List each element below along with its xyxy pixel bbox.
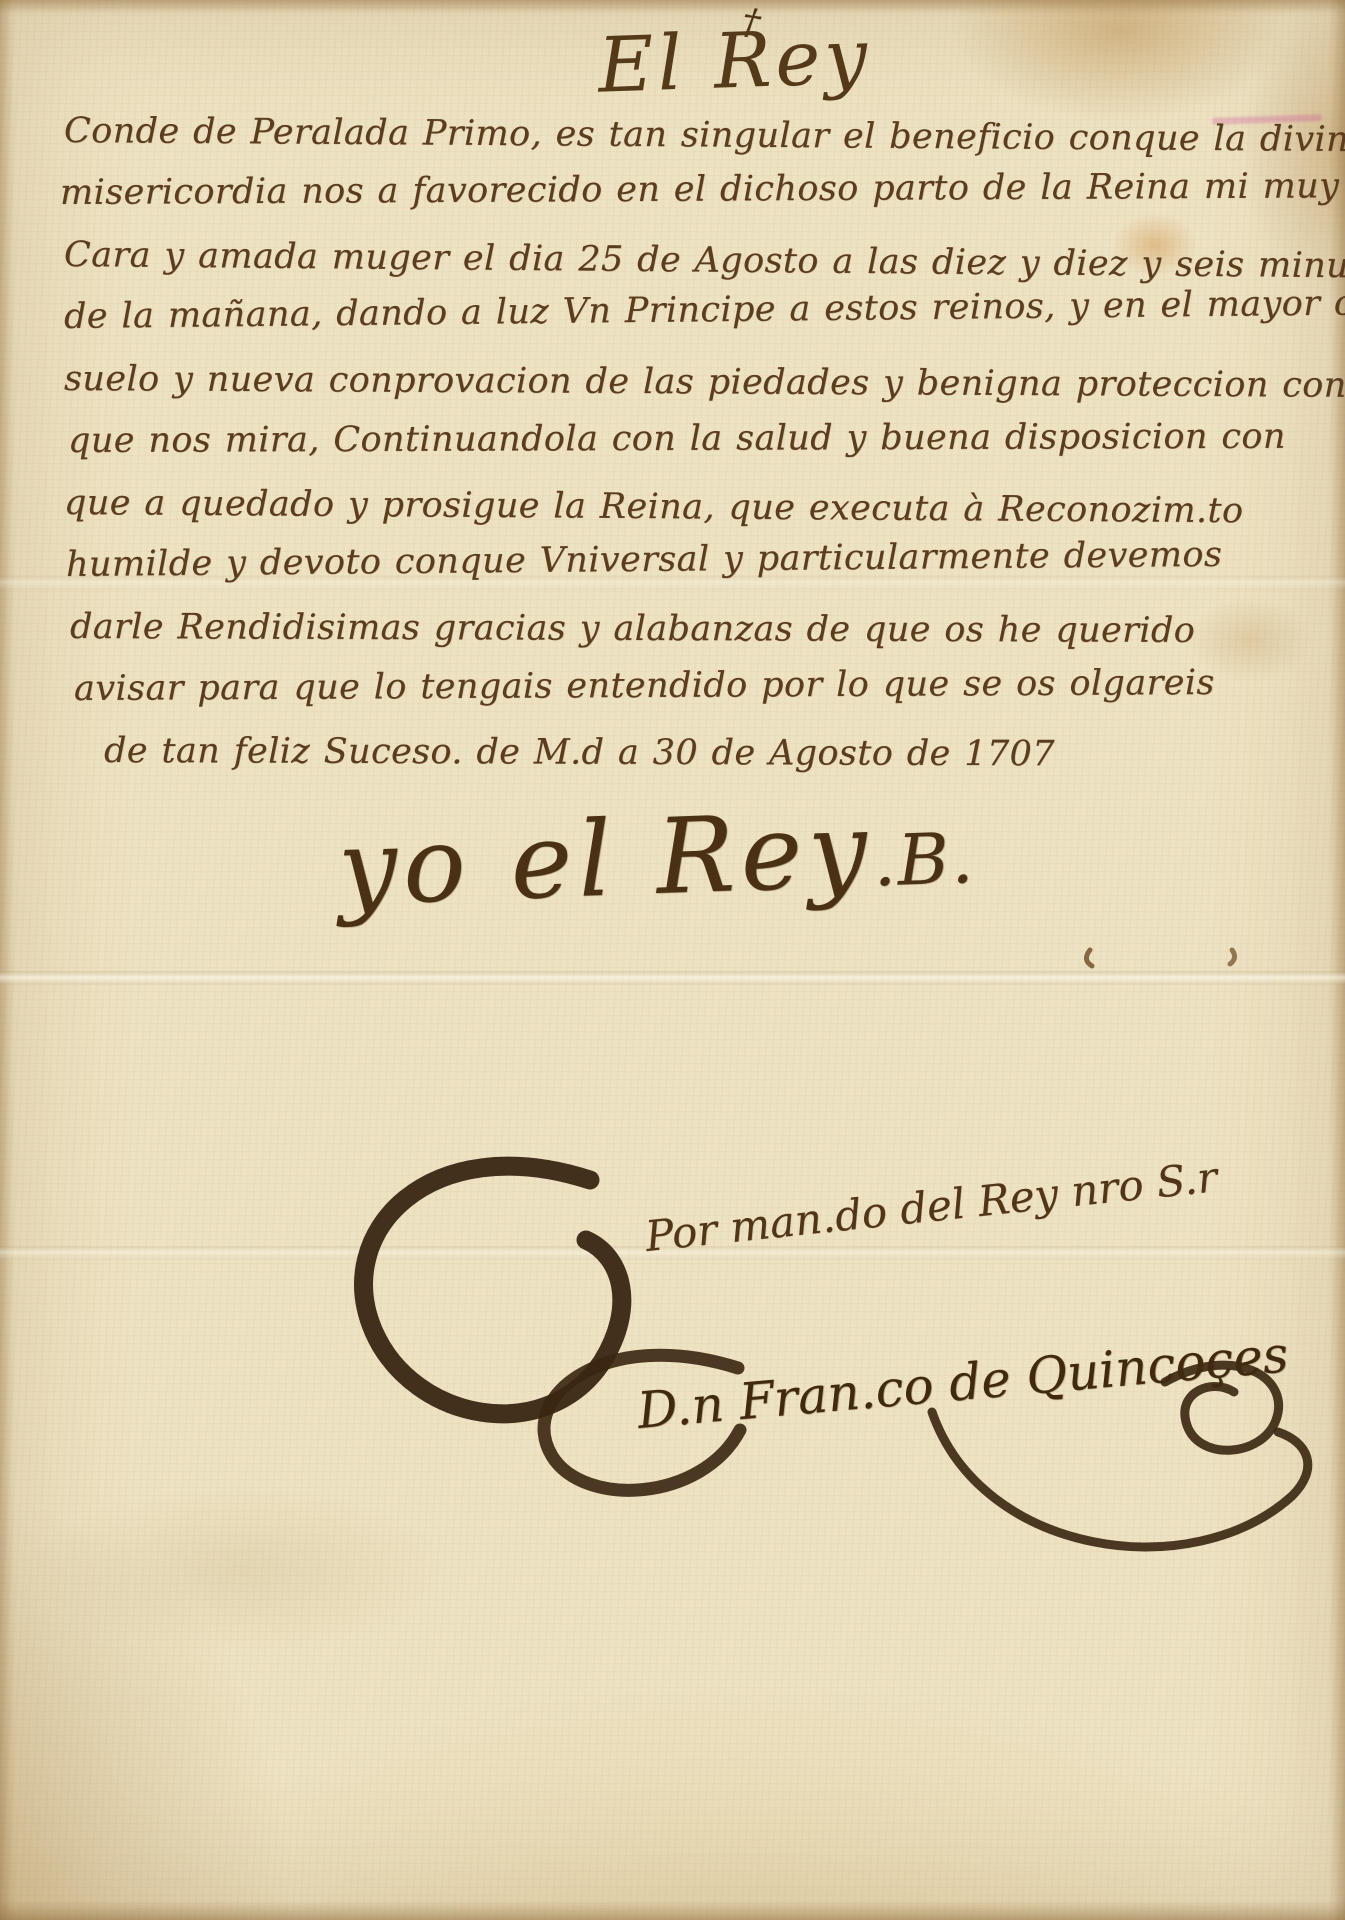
ink-speck: [1230, 950, 1235, 964]
secretary-signature: D.n Fran.co de Quincoçes: [635, 1325, 1291, 1440]
royal-signature-rubric: .B.: [872, 817, 977, 903]
royal-signature-text: yo el Rey: [336, 788, 875, 929]
document-heading: El Rey: [597, 11, 873, 109]
rubric-underline: [932, 1412, 1308, 1547]
body-line: humilde y devoto conque Vniversal y part…: [66, 523, 1326, 596]
paraph-flourish: [364, 1166, 622, 1414]
body-line: misericordia nos a favorecido en el dich…: [60, 155, 1326, 224]
body-line: de tan feliz Suceso. de M.d a 30 de Agos…: [104, 720, 1326, 786]
royal-signature: yo el Rey.B.: [336, 785, 977, 929]
fold-crease: [0, 971, 1345, 985]
body-line: de la mañana, dando a luz Vn Principe a …: [64, 273, 1327, 348]
body-line: avisar para que lo tengais entendido por…: [74, 651, 1326, 720]
countersign-line: Por man.do del Rey nro S.r: [643, 1152, 1220, 1261]
manuscript-page: † El Rey Conde de Peralada Primo, es tan…: [0, 0, 1345, 1920]
body-line: que nos mira, Continuandola con la salud…: [68, 406, 1326, 472]
letter-body: Conde de Peralada Primo, es tan singular…: [64, 100, 1326, 782]
ink-speck: [1086, 950, 1092, 966]
